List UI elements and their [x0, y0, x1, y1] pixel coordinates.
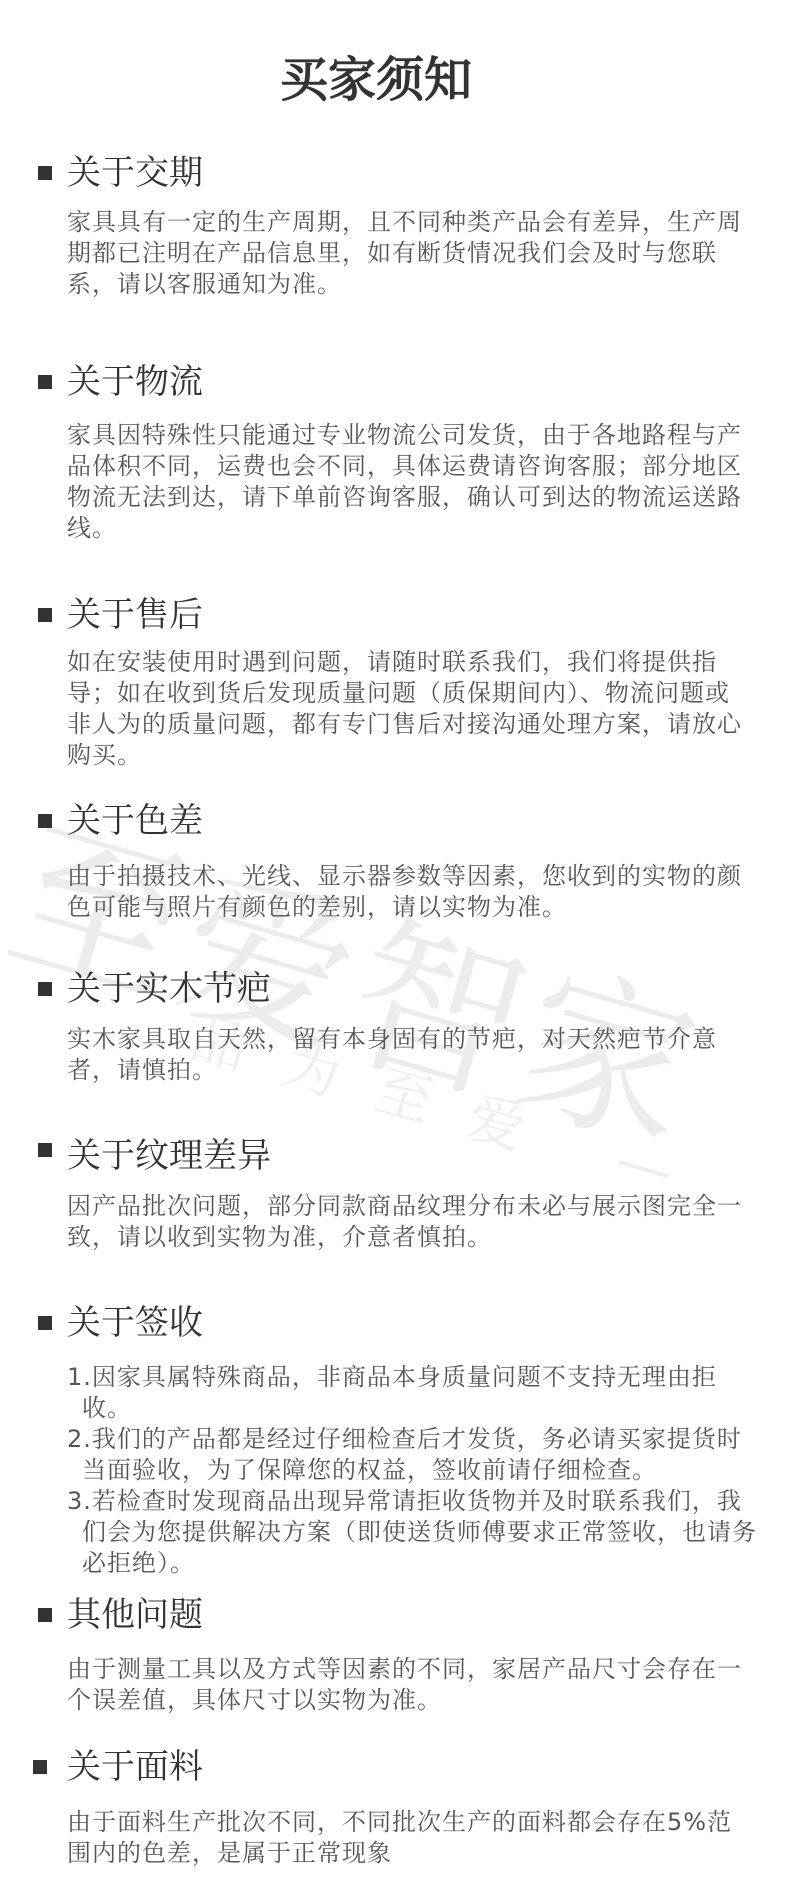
list-item: 2.我们的产品都是经过仔细检查后才发货，务必请买家提货时当面验收，为了保障您的权…	[67, 1424, 757, 1486]
receipt-rules-list: 1.因家具属特殊商品，非商品本身质量问题不支持无理由拒收。 2.我们的产品都是经…	[67, 1362, 757, 1579]
list-item: 1.因家具属特殊商品，非商品本身质量问题不支持无理由拒收。	[67, 1362, 757, 1424]
section-logistics: 关于物流 家具因特殊性只能通过专业物流公司发货，由于各地路程与产品体积不同，运费…	[0, 362, 790, 402]
square-bullet-icon	[38, 982, 52, 996]
section-delivery-time: 关于交期 家具具有一定的生产周期，且不同种类产品会有差异，生产周期都已注明在产品…	[0, 153, 790, 193]
square-bullet-icon	[38, 1316, 52, 1330]
square-bullet-icon	[38, 166, 52, 180]
square-bullet-icon	[38, 1608, 52, 1622]
section-heading: 关于物流	[67, 362, 203, 402]
section-body: 家具具有一定的生产周期，且不同种类产品会有差异，生产周期都已注明在产品信息里，如…	[67, 207, 747, 300]
section-header: 关于签收	[0, 1303, 790, 1343]
section-body: 因产品批次问题，部分同款商品纹理分布未必与展示图完全一致，请以收到实物为准，介意…	[67, 1191, 747, 1253]
section-body: 由于面料生产批次不同，不同批次生产的面料都会存在5%范围内的色差，是属于正常现象	[67, 1807, 747, 1869]
section-heading: 关于实木节疤	[67, 969, 271, 1009]
section-body: 实木家具取自天然，留有本身固有的节疤，对天然疤节介意者，请慎拍。	[67, 1024, 747, 1086]
section-heading: 其他问题	[67, 1595, 203, 1635]
section-heading: 关于纹理差异	[67, 1136, 271, 1176]
section-heading: 关于售后	[67, 595, 203, 635]
section-heading: 关于签收	[67, 1303, 203, 1343]
section-header: 关于面料	[0, 1747, 790, 1787]
square-bullet-icon	[38, 608, 52, 622]
section-header: 其他问题	[0, 1595, 790, 1635]
section-header: 关于纹理差异	[0, 1136, 790, 1176]
section-texture-difference: 关于纹理差异 因产品批次问题，部分同款商品纹理分布未必与展示图完全一致，请以收到…	[0, 1136, 790, 1176]
square-bullet-icon	[38, 814, 52, 828]
section-header: 关于售后	[0, 595, 790, 635]
section-header: 关于实木节疤	[0, 969, 790, 1009]
section-header: 关于交期	[0, 153, 790, 193]
section-fabric: 关于面料 由于面料生产批次不同，不同批次生产的面料都会存在5%范围内的色差，是属…	[0, 1747, 790, 1787]
section-body: 由于拍摄技术、光线、显示器参数等因素，您收到的实物的颜色可能与照片有颜色的差别，…	[67, 861, 747, 923]
section-heading: 关于色差	[67, 801, 203, 841]
section-header: 关于物流	[0, 362, 790, 402]
square-bullet-icon	[38, 1143, 52, 1157]
list-item: 3.若检查时发现商品出现异常请拒收货物并及时联系我们，我们会为您提供解决方案（即…	[67, 1486, 757, 1579]
section-header: 关于色差	[0, 801, 790, 841]
section-body: 家具因特殊性只能通过专业物流公司发货，由于各地路程与产品体积不同，运费也会不同，…	[67, 420, 747, 544]
section-body: 由于测量工具以及方式等因素的不同，家居产品尺寸会存在一个误差值，具体尺寸以实物为…	[67, 1654, 747, 1716]
square-bullet-icon	[38, 375, 52, 389]
section-heading: 关于交期	[67, 153, 203, 193]
section-color-difference: 关于色差 由于拍摄技术、光线、显示器参数等因素，您收到的实物的颜色可能与照片有颜…	[0, 801, 790, 841]
section-body: 如在安装使用时遇到问题，请随时联系我们，我们将提供指导；如在收到货后发现质量问题…	[67, 647, 747, 771]
section-signing-receipt: 关于签收 1.因家具属特殊商品，非商品本身质量问题不支持无理由拒收。 2.我们的…	[0, 1303, 790, 1343]
section-after-sales: 关于售后 如在安装使用时遇到问题，请随时联系我们，我们将提供指导；如在收到货后发…	[0, 595, 790, 635]
buyer-notice-page: 至爱智家 品为至爱 — 买家须知 关于交期 家具具有一定的生产周期，且不同种类产…	[0, 0, 790, 1903]
section-other-issues: 其他问题 由于测量工具以及方式等因素的不同，家居产品尺寸会存在一个误差值，具体尺…	[0, 1595, 790, 1635]
section-wood-knots: 关于实木节疤 实木家具取自天然，留有本身固有的节疤，对天然疤节介意者，请慎拍。	[0, 969, 790, 1009]
square-bullet-icon	[33, 1760, 47, 1774]
page-title: 买家须知	[0, 54, 752, 106]
section-heading: 关于面料	[67, 1747, 203, 1787]
